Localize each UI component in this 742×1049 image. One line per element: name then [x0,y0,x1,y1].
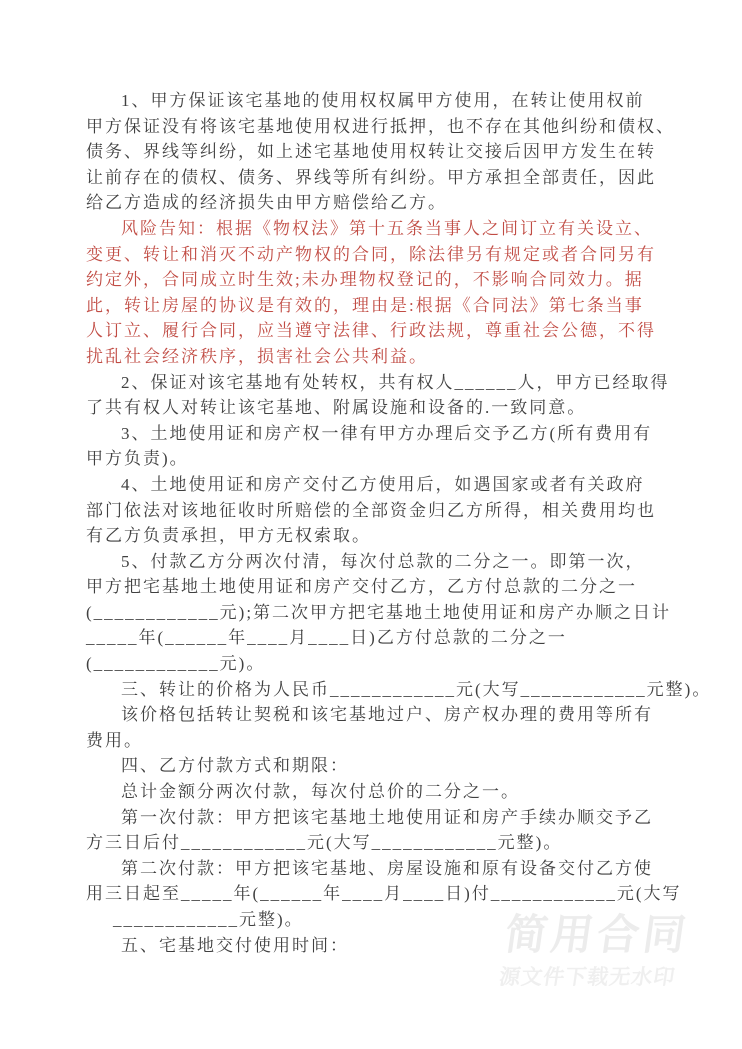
document-line: 了共有权人对转让该宅基地、附属设施和设备的.一致同意。 [86,395,672,421]
document-line: 约定外，合同成立时生效;未办理物权登记的，不影响合同效力。据 [86,267,672,293]
document-line: 甲方负责)。 [86,446,672,472]
contract-page: 1、甲方保证该宅基地的使用权权属甲方使用，在转让使用权前甲方保证没有将该宅基地使… [0,0,742,1049]
document-line: 4、土地使用证和房产交付乙方使用后，如遇国家或者有关政府 [86,472,672,498]
document-line: 第二次付款：甲方把该宅基地、房屋设施和原有设备交付乙方使 [86,856,672,882]
document-line: 2、保证对该宅基地有处转权，共有权人______人，甲方已经取得 [86,370,672,396]
document-line: (____________元)。 [86,651,672,677]
document-line: 扰乱社会经济秩序，损害社会公共利益。 [86,344,672,370]
document-line: 让前存在的债权、债务、界线等所有纠纷。甲方承担全部责任，因此 [86,165,672,191]
document-line: 此，转让房屋的协议是有效的，理由是:根据《合同法》第七条当事 [86,293,672,319]
document-line: 风险告知：根据《物权法》第十五条当事人之间订立有关设立、 [86,216,672,242]
document-line: 甲方保证没有将该宅基地使用权进行抵押，也不存在其他纠纷和债权、 [86,114,672,140]
document-line: 方三日后付____________元(大写____________元整)。 [86,830,672,856]
document-line: 3、土地使用证和房产权一律有甲方办理后交予乙方(所有费用有 [86,421,672,447]
document-line: 部门依法对该地征收时所赔偿的全部资金归乙方所得，相关费用均也 [86,498,672,524]
document-line: 第一次付款：甲方把该宅基地土地使用证和房产手续办顺交予乙 [86,805,672,831]
document-line: 用三日起至_____年(______年____月____日)付_________… [86,881,672,907]
document-line: 甲方把宅基地土地使用证和房产交付乙方，乙方付总款的二分之一 [86,574,672,600]
document-line: 1、甲方保证该宅基地的使用权权属甲方使用，在转让使用权前 [86,88,672,114]
watermark-subtitle: 源文件下载无水印 [498,966,685,990]
document-line: 变更、转让和消灭不动产物权的合同，除法律另有规定或者合同另有 [86,242,672,268]
document-line: _____年(______年____月____日)乙方付总款的二分之一 [86,625,672,651]
document-line: 该价格包括转让契税和该宅基地过户、房产权办理的费用等所有 [86,702,672,728]
document-body: 1、甲方保证该宅基地的使用权权属甲方使用，在转让使用权前甲方保证没有将该宅基地使… [86,88,672,958]
document-line: ____________元整)。 [86,907,672,933]
document-line: 总计金额分两次付款，每次付总价的二分之一。 [86,779,672,805]
document-line: 费用。 [86,728,672,754]
document-line: 给乙方造成的经济损失由甲方赔偿给乙方。 [86,190,672,216]
document-line: (____________元);第二次甲方把宅基地土地使用证和房产办顺之日计 [86,600,672,626]
document-line: 人订立、履行合同，应当遵守法律、行政法规，尊重社会公德，不得 [86,318,672,344]
document-line: 四、乙方付款方式和期限： [86,753,672,779]
document-line: 五、宅基地交付使用时间： [86,933,672,959]
document-line: 5、付款乙方分两次付清，每次付总款的二分之一。即第一次， [86,549,672,575]
document-line: 有乙方负责承担，甲方无权索取。 [86,523,672,549]
document-line: 债务、界线等纠纷，如上述宅基地使用权转让交接后因甲方发生在转 [86,139,672,165]
document-line: 三、转让的价格为人民币____________元(大写____________元… [86,677,672,703]
